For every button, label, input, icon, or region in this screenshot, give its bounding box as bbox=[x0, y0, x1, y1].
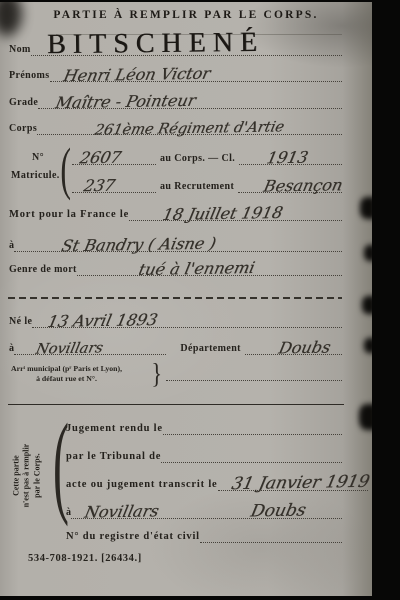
arrondissement-label-line2: à défaut rue et N°. bbox=[11, 374, 122, 384]
recrutement-line: Besançon bbox=[238, 173, 342, 193]
side-note-line2: n'est pas à remplir bbox=[22, 415, 32, 537]
print-reference-code: 534-708-1921. [26434.] bbox=[28, 553, 142, 564]
tribunal-label: par le Tribunal de bbox=[66, 451, 161, 463]
matricule-label-line2: Matricule. bbox=[11, 170, 60, 182]
scan-edge-artifact bbox=[364, 338, 372, 353]
transcrit-lieu-line: Novillars Doubs bbox=[71, 497, 342, 519]
recrutement-value: Besançon bbox=[262, 177, 344, 194]
arrondissement-label-line1: Arrᵗ municipal (pʳ Paris et Lyon), bbox=[11, 364, 122, 374]
registre-line bbox=[200, 523, 342, 543]
registre-label: N° du registre d'état civil bbox=[66, 531, 200, 543]
field-row-genre-de-mort: Genre de mort tué à l'ennemi bbox=[9, 256, 342, 276]
transcrit-line: 31 Janvier 1919 bbox=[218, 469, 369, 491]
corps-label: Corps bbox=[9, 123, 37, 135]
jugement-label: Jugement rendu le bbox=[66, 423, 163, 435]
nom-label: Nom bbox=[9, 44, 31, 56]
departement-value: Doubs bbox=[277, 340, 332, 357]
classe-line: 1913 bbox=[239, 145, 342, 165]
side-note-line1: Cette partie bbox=[11, 415, 21, 537]
recrutement-num-line: 237 bbox=[72, 173, 156, 193]
au-corps-label: au Corps. — Cl. bbox=[156, 153, 239, 165]
transcrit-lieu-value: Novillars bbox=[84, 503, 161, 520]
ne-le-value: 13 Avril 1893 bbox=[46, 312, 159, 330]
nom-value: BITSCHENÉ bbox=[47, 29, 264, 59]
side-note-vertical: Cette partie n'est pas à remplir par le … bbox=[11, 415, 42, 537]
transcrit-label: acte ou jugement transcrit le bbox=[66, 479, 218, 491]
mort-a-line: St Bandry ( Aisne ) bbox=[14, 230, 342, 252]
field-row-ne-a: à Novillars Département Doubs bbox=[9, 335, 342, 355]
scan-edge-artifact bbox=[362, 296, 372, 314]
departement-line: Doubs bbox=[245, 335, 342, 355]
matricule-row-corps: 2607 au Corps. — Cl. 1913 bbox=[72, 145, 342, 165]
side-note-line3: par le Corps. bbox=[32, 415, 42, 537]
scan-edge-artifact bbox=[360, 197, 372, 219]
ne-a-value: Novillars bbox=[35, 341, 105, 357]
grade-line: Maître - Pointeur bbox=[38, 89, 342, 109]
mort-a-value: St Bandry ( Aisne ) bbox=[60, 236, 217, 255]
prenoms-label: Prénoms bbox=[9, 70, 50, 82]
au-recrutement-label: au Recrutement bbox=[156, 181, 238, 193]
transcrit-value: 31 Janvier 1919 bbox=[229, 474, 370, 493]
genre-de-mort-label: Genre de mort bbox=[9, 264, 77, 276]
matricule-num-recrutement: 237 bbox=[82, 178, 116, 195]
scan-edge-artifact bbox=[359, 404, 372, 430]
scanned-record-card: PARTIE À REMPLIR PAR LE CORPS. Nom BITSC… bbox=[0, 0, 400, 600]
field-row-corps: Corps 261ème Régiment d'Artie bbox=[9, 115, 342, 135]
genre-de-mort-line: tué à l'ennemi bbox=[77, 256, 342, 276]
card-header-title: PARTIE À REMPLIR PAR LE CORPS. bbox=[0, 9, 372, 21]
field-row-jugement: Jugement rendu le bbox=[66, 415, 342, 435]
corps-line: 261ème Régiment d'Artie bbox=[37, 115, 342, 135]
field-row-mort-le: Mort pour la France le 18 Juillet 1918 bbox=[9, 201, 342, 221]
mort-le-label: Mort pour la France le bbox=[9, 209, 129, 221]
field-row-tribunal: par le Tribunal de bbox=[66, 443, 342, 463]
field-row-registre: N° du registre d'état civil bbox=[66, 523, 342, 543]
prenoms-value: Henri Léon Victor bbox=[62, 66, 212, 85]
field-row-transcrit: acte ou jugement transcrit le 31 Janvier… bbox=[66, 469, 342, 491]
classe-value: 1913 bbox=[265, 150, 309, 167]
field-row-mort-a: à St Bandry ( Aisne ) bbox=[9, 230, 342, 252]
grade-label: Grade bbox=[9, 97, 38, 109]
nom-line: BITSCHENÉ bbox=[31, 25, 342, 56]
arrondissement-brace: } bbox=[151, 362, 162, 388]
prenoms-line: Henri Léon Victor bbox=[50, 62, 342, 82]
matricule-row-recrutement: 237 au Recrutement Besançon bbox=[72, 173, 342, 193]
tribunal-line bbox=[161, 443, 342, 463]
paper-sheet: PARTIE À REMPLIR PAR LE CORPS. Nom BITSC… bbox=[0, 2, 372, 596]
departement-label: Département bbox=[166, 343, 245, 355]
section-divider-dashed bbox=[8, 297, 342, 299]
transcrit-lieu-departement: Doubs bbox=[249, 503, 307, 521]
field-row-nom: Nom BITSCHENÉ bbox=[9, 25, 342, 56]
ne-a-line: Novillars bbox=[14, 335, 166, 355]
field-row-prenoms: Prénoms Henri Léon Victor bbox=[9, 62, 342, 82]
grade-value: Maître - Pointeur bbox=[54, 93, 197, 111]
scan-edge-artifact bbox=[364, 245, 372, 261]
arrondissement-label: Arrᵗ municipal (pʳ Paris et Lyon), à déf… bbox=[11, 364, 122, 384]
corps-value: 261ème Régiment d'Artie bbox=[93, 120, 285, 138]
ne-le-label: Né le bbox=[9, 316, 32, 328]
field-row-ne-le: Né le 13 Avril 1893 bbox=[9, 308, 342, 328]
genre-de-mort-value: tué à l'ennemi bbox=[137, 260, 256, 278]
matricule-brace: ( bbox=[60, 142, 71, 196]
field-row-grade: Grade Maître - Pointeur bbox=[9, 89, 342, 109]
jugement-line bbox=[163, 415, 342, 435]
matricule-num-corps: 2607 bbox=[78, 150, 122, 167]
mort-le-line: 18 Juillet 1918 bbox=[129, 201, 342, 221]
mort-le-value: 18 Juillet 1918 bbox=[161, 205, 284, 223]
field-row-transcrit-lieu: à Novillars Doubs bbox=[66, 497, 342, 519]
matricule-label-line1: N° bbox=[32, 152, 44, 164]
matricule-num-line: 2607 bbox=[72, 145, 156, 165]
ne-le-line: 13 Avril 1893 bbox=[32, 308, 342, 328]
arrondissement-blank-line bbox=[166, 380, 342, 381]
